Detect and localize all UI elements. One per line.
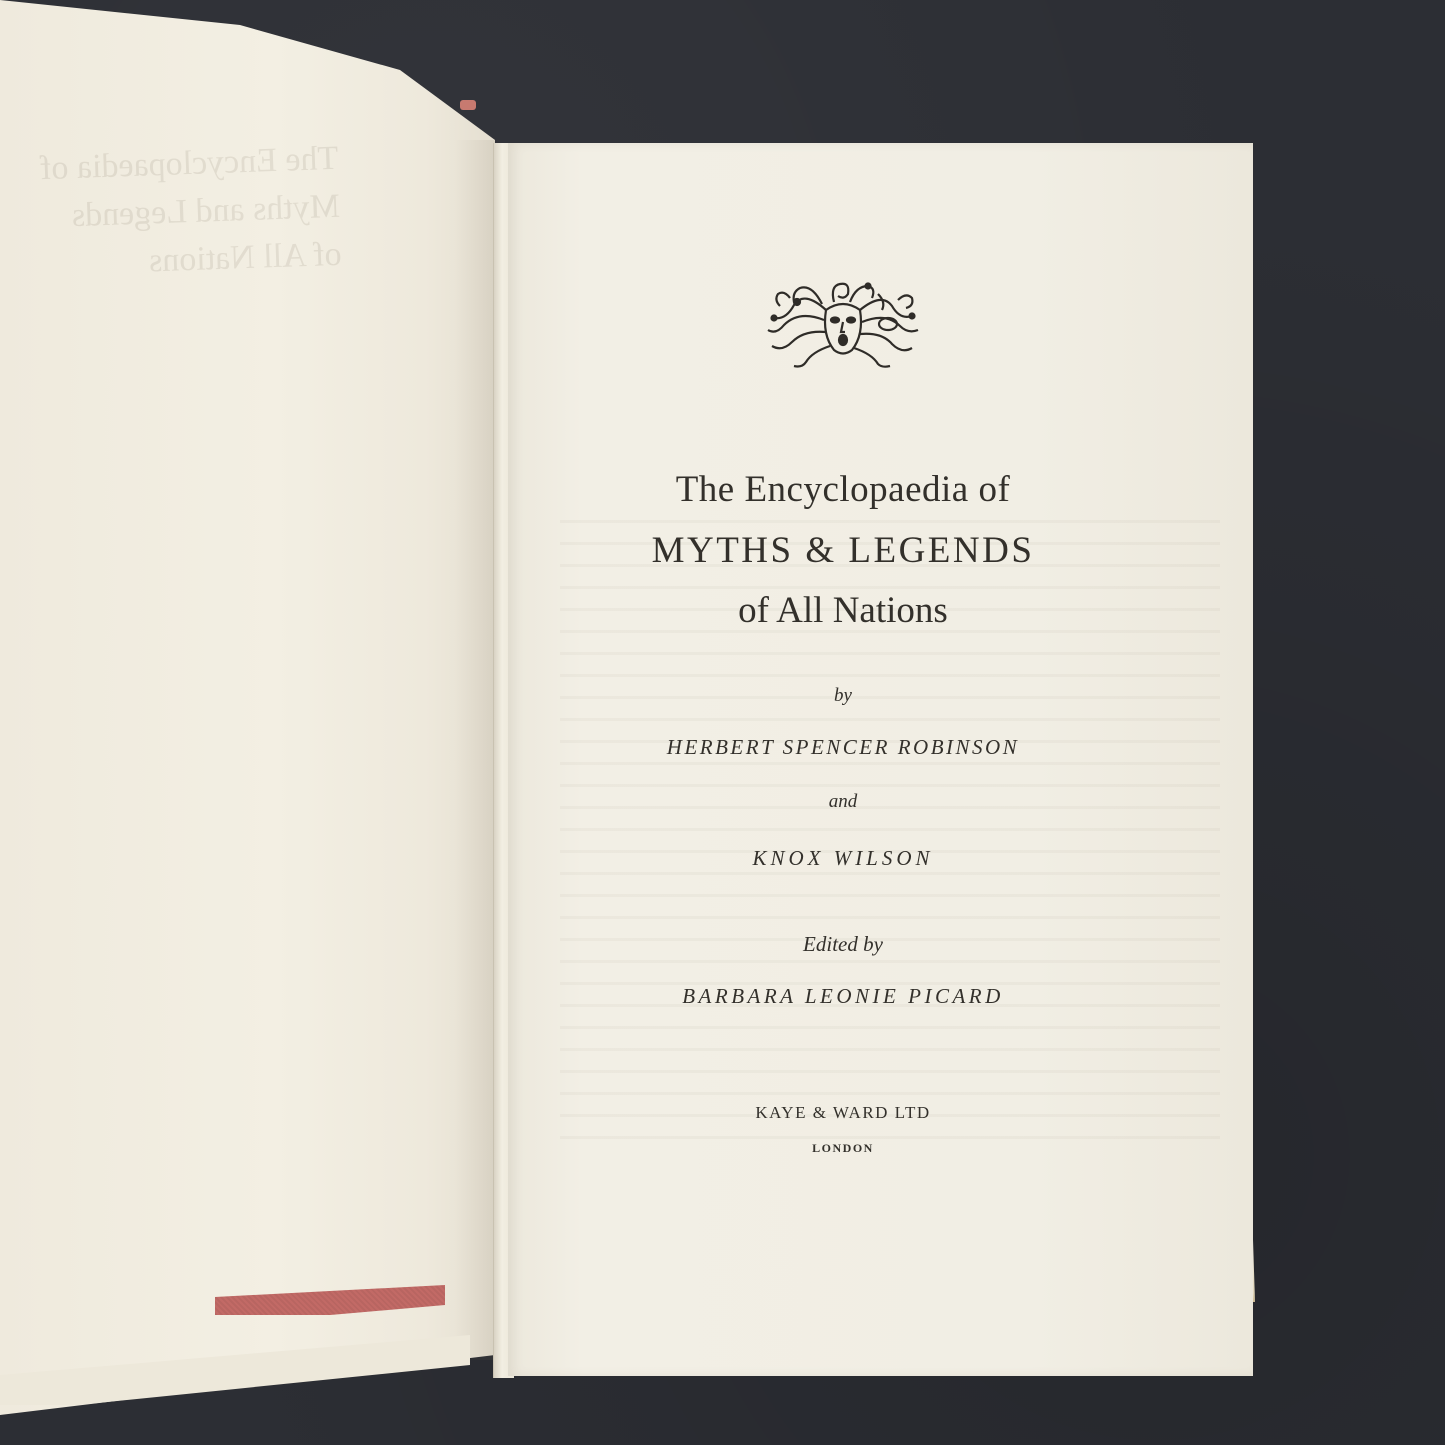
by-label: by	[508, 685, 1178, 707]
edited-by-label: Edited by	[508, 932, 1178, 957]
editor-name: BARBARA LEONIE PICARD	[508, 984, 1178, 1009]
and-label: and	[508, 791, 1178, 813]
left-page-bleed-text: The Encyclopaedia of Myths and Legends o…	[38, 135, 343, 289]
book-title-line-1: The Encyclopaedia of	[508, 468, 1178, 511]
publisher-name: KAYE & WARD LTD	[508, 1103, 1178, 1123]
cloth-binding-top	[460, 100, 476, 110]
left-page: The Encyclopaedia of Myths and Legends o…	[0, 0, 500, 1445]
book-title-line-3: of All Nations	[508, 589, 1178, 632]
book-title-line-2: MYTHS & LEGENDS	[508, 529, 1178, 572]
publisher-city: LONDON	[508, 1141, 1178, 1156]
author-name: HERBERT SPENCER ROBINSON	[508, 735, 1178, 760]
left-page-shadow	[455, 140, 495, 1360]
medusa-head-icon	[764, 280, 922, 375]
author-name: KNOX WILSON	[508, 846, 1178, 871]
